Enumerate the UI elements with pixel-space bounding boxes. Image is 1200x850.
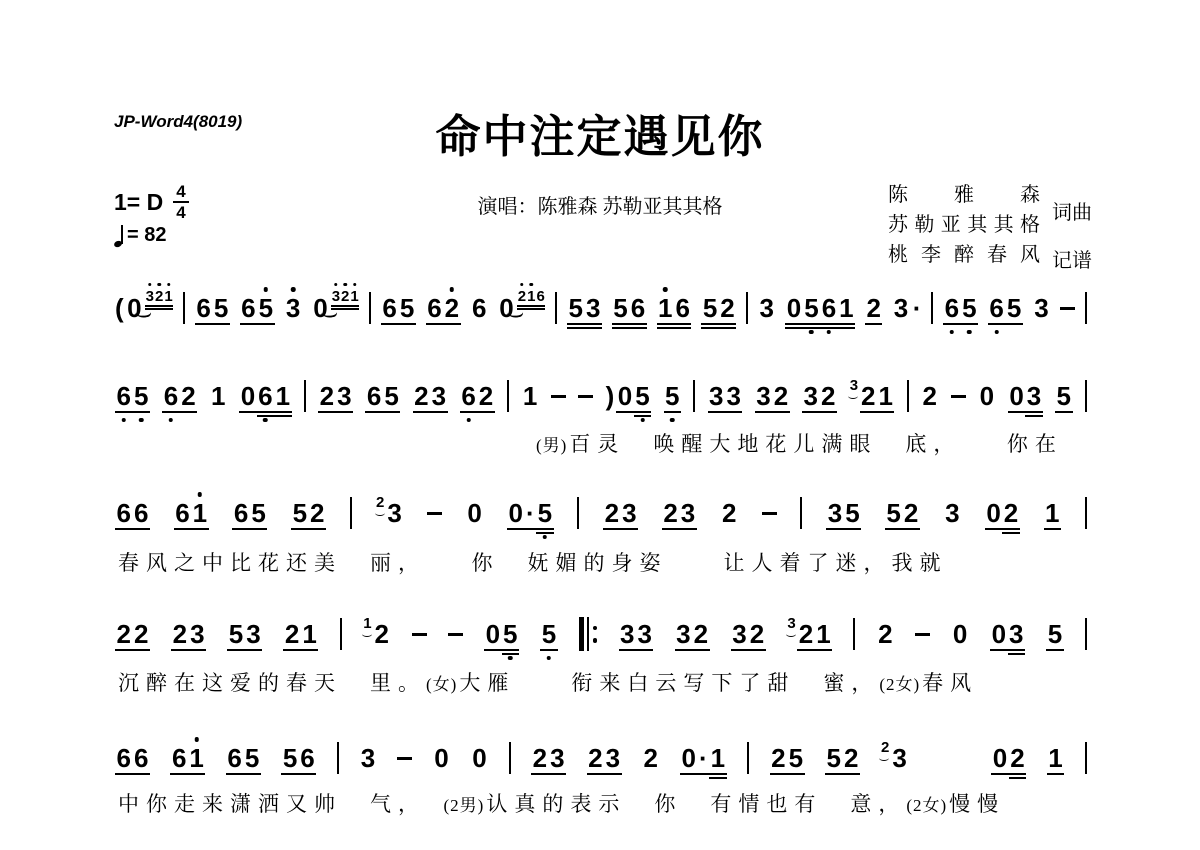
note: 23	[413, 382, 448, 410]
grace-notes: 2	[880, 740, 889, 755]
eighth-beam	[825, 773, 860, 775]
barline	[350, 497, 352, 529]
octave-dot	[157, 283, 161, 287]
octave-dot-high	[264, 287, 269, 292]
note: 0·1	[680, 744, 727, 772]
note: 0561	[785, 294, 855, 322]
note: 65	[226, 744, 261, 772]
note: 1	[521, 382, 538, 410]
note: 0·5	[507, 499, 554, 527]
note: 32	[802, 382, 837, 410]
note: 66	[115, 744, 150, 772]
voice-annotation: (2女)	[906, 796, 947, 815]
octave-dot	[530, 283, 534, 287]
barline	[369, 292, 371, 324]
eighth-beam	[619, 649, 654, 651]
octave-dot-low	[547, 656, 552, 661]
note: 65	[381, 294, 416, 322]
barline	[907, 380, 909, 412]
note: 52	[825, 744, 860, 772]
note: 03	[990, 620, 1025, 648]
barline	[1085, 742, 1087, 774]
sixteenth-beam	[701, 327, 736, 329]
note: 32	[755, 382, 790, 410]
note: )05	[606, 382, 652, 410]
note: 0	[433, 744, 450, 772]
sixteenth-beam	[567, 327, 602, 329]
eighth-beam	[318, 411, 353, 413]
octave-dot-high	[663, 287, 668, 292]
eighth-beam	[664, 411, 681, 413]
duration-dash	[412, 633, 427, 636]
octave-dot	[520, 283, 524, 287]
augmentation-dot: ·	[913, 295, 922, 321]
note: 33	[708, 382, 743, 410]
octave-dot-high	[198, 492, 203, 497]
barline	[747, 742, 749, 774]
eighth-beam	[1055, 411, 1072, 413]
note: 23	[318, 382, 353, 410]
octave-dot-low	[121, 418, 126, 423]
score-sheet: JP-Word4(8019) 命中注定遇见你 1= D 4 4 = 82 演唱：…	[0, 0, 1200, 850]
note: 56	[612, 294, 647, 322]
note: 2	[642, 744, 659, 772]
note: 65	[115, 382, 150, 410]
spacer	[929, 758, 971, 759]
voice-annotation: (男)	[536, 436, 567, 455]
sixteenth-beam	[257, 415, 274, 417]
sixteenth-beam	[709, 777, 726, 779]
eighth-beam	[227, 649, 262, 651]
sixteenth-beam	[634, 415, 651, 417]
eighth-beam	[662, 528, 697, 530]
eighth-beam	[616, 411, 651, 413]
eighth-beam	[115, 528, 150, 530]
note: 3	[284, 294, 301, 322]
barline	[577, 497, 579, 529]
lyric-line-3: 沉醉在这爱的春天 里。(女)大雁 衔来白云写下了甜 蜜，(2女)春风	[118, 667, 1103, 697]
eighth-beam	[162, 411, 197, 413]
octave-dot-low	[827, 330, 832, 335]
duration-dash	[915, 633, 930, 636]
sixteenth-beam	[1025, 415, 1042, 417]
note: 0	[951, 620, 968, 648]
barline	[1085, 618, 1087, 650]
duration-dash	[762, 512, 777, 515]
eighth-beam	[612, 323, 647, 325]
barline	[1085, 380, 1087, 412]
note: 02	[991, 744, 1026, 772]
grace-notes: 2	[376, 495, 385, 510]
eighth-beam	[587, 773, 622, 775]
voice-annotation: (2女)	[879, 675, 920, 694]
duration-dash	[427, 512, 442, 515]
eighth-beam	[484, 649, 519, 651]
eighth-beam	[170, 773, 205, 775]
note: 23	[603, 499, 638, 527]
note: (0321	[115, 294, 173, 322]
note: 0321	[312, 294, 360, 322]
eighth-beam	[281, 773, 316, 775]
lyric-text: 春风	[922, 671, 978, 695]
eighth-beam	[232, 528, 267, 530]
note: 65	[365, 382, 400, 410]
note: 061	[239, 382, 291, 410]
transcriber-name: 桃李醉春风	[888, 240, 1040, 270]
barline	[183, 292, 185, 324]
note: 61	[174, 499, 209, 527]
eighth-beam	[1046, 649, 1063, 651]
slur	[375, 510, 385, 516]
barline	[340, 618, 342, 650]
lyric-text: 认真的表示 你 有情也有 意，	[486, 792, 906, 816]
note: 03	[1008, 382, 1043, 410]
eighth-beam	[226, 773, 261, 775]
note: 02	[985, 499, 1020, 527]
note: 22	[115, 620, 150, 648]
duration-dash	[448, 633, 463, 636]
note: 5	[540, 620, 557, 648]
note: 3	[758, 294, 775, 322]
eighth-beam	[174, 528, 209, 530]
sixteenth-beam	[502, 653, 519, 655]
duration-dash	[1060, 307, 1075, 310]
octave-dot-high	[450, 287, 455, 292]
barline	[853, 618, 855, 650]
song-title: 命中注定遇见你	[0, 100, 1200, 165]
eighth-beam	[826, 528, 861, 530]
note: 56	[281, 744, 316, 772]
repeat-start-barline	[579, 617, 598, 651]
sixteenth-beam	[612, 327, 647, 329]
octave-dot	[334, 283, 338, 287]
octave-dot-low	[169, 418, 174, 423]
barline	[746, 292, 748, 324]
sixteenth-beam	[1009, 777, 1026, 779]
octave-dot	[167, 283, 171, 287]
octave-dot-low	[994, 330, 999, 335]
note: 33	[619, 620, 654, 648]
note: 2	[865, 294, 882, 322]
barline	[304, 380, 306, 412]
quarter-note-icon	[114, 224, 124, 247]
duration-dash	[951, 395, 966, 398]
eighth-beam	[785, 323, 855, 325]
note: 32	[731, 620, 766, 648]
note: 3	[944, 499, 961, 527]
note: 16	[657, 294, 692, 322]
notation-line-3: 666165522300·52323235523021	[115, 497, 1087, 529]
octave-dot-low	[670, 418, 675, 423]
sixteenth-beam	[1008, 653, 1025, 655]
sixteenth-beam	[274, 415, 291, 417]
note: 3	[1033, 294, 1050, 322]
note: 23	[171, 620, 206, 648]
octave-dot-low	[263, 418, 268, 423]
eighth-beam	[239, 411, 291, 413]
eighth-beam	[1044, 528, 1061, 530]
slur	[786, 631, 796, 637]
grace-notes: 321	[331, 289, 359, 304]
voice-annotation: (2男)	[444, 796, 485, 815]
eighth-beam	[701, 323, 736, 325]
grace-notes: 216	[517, 289, 545, 304]
barline	[337, 742, 339, 774]
eighth-beam	[770, 773, 805, 775]
barline	[509, 742, 511, 774]
note: 35	[826, 499, 861, 527]
note: 65	[988, 294, 1023, 322]
lyrics-music-label: 词曲	[1052, 196, 1092, 225]
grace-notes: 3	[787, 616, 796, 631]
note: 0	[978, 382, 995, 410]
eighth-beam	[115, 773, 150, 775]
eighth-beam	[991, 773, 1026, 775]
eighth-beam	[426, 323, 461, 325]
eighth-beam	[731, 649, 766, 651]
barline	[800, 497, 802, 529]
eighth-beam	[540, 649, 557, 651]
eighth-beam	[115, 411, 150, 413]
eighth-beam	[657, 323, 692, 325]
octave-dot-low	[967, 330, 972, 335]
barline	[1085, 292, 1087, 324]
eighth-beam	[195, 323, 230, 325]
note: 61	[170, 744, 205, 772]
sixteenth-beam	[657, 327, 692, 329]
credits-labels: 词曲 记谱	[1052, 180, 1092, 273]
lyric-text: 百灵 唤醒大地花儿满眼 底， 你在	[569, 432, 1063, 456]
note: 52	[291, 499, 326, 527]
octave-dot-high	[291, 287, 296, 292]
octave-dot	[343, 283, 347, 287]
note: 62	[426, 294, 461, 322]
eighth-beam	[567, 323, 602, 325]
barline	[1085, 497, 1087, 529]
credits-block: 陈雅森 苏勒亚其其格 桃李醉春风 词曲 记谱	[888, 180, 1092, 273]
eighth-beam	[283, 649, 318, 651]
octave-dot-low	[809, 330, 814, 335]
notation-line-4: 222353211205533323232120035	[115, 617, 1087, 651]
eighth-beam	[860, 411, 895, 413]
slur	[879, 755, 889, 761]
note: 23	[531, 744, 566, 772]
eighth-beam	[507, 528, 554, 530]
note: 5	[1046, 620, 1063, 648]
note: 23	[376, 499, 404, 527]
eighth-beam	[985, 528, 1020, 530]
grace-notes: 3	[849, 378, 858, 393]
eighth-beam	[802, 411, 837, 413]
note: 1	[1044, 499, 1061, 527]
note: 52	[885, 499, 920, 527]
eighth-beam	[680, 773, 727, 775]
lyric-line-1: (男)百灵 唤醒大地花儿满眼 底， 你在	[118, 428, 1200, 458]
note: 32	[675, 620, 710, 648]
barline	[931, 292, 933, 324]
note: 23	[880, 744, 908, 772]
eighth-beam	[291, 528, 326, 530]
lyric-text: 沉醉在这爱的春天 里。	[118, 671, 426, 695]
octave-dot	[148, 283, 152, 287]
eighth-beam	[797, 649, 832, 651]
lyric-text: 大雁 衔来白云写下了甜 蜜，	[459, 671, 879, 695]
eighth-beam	[708, 411, 743, 413]
note: 23	[662, 499, 697, 527]
barline	[693, 380, 695, 412]
note: 2	[921, 382, 938, 410]
eighth-beam	[990, 649, 1025, 651]
note: 2	[721, 499, 738, 527]
barline	[507, 380, 509, 412]
barline	[555, 292, 557, 324]
octave-dot	[353, 283, 357, 287]
eighth-beam	[1008, 411, 1043, 413]
note: 52	[701, 294, 736, 322]
slur	[848, 393, 858, 399]
octave-dot-low	[466, 418, 471, 423]
note: 321	[787, 620, 832, 648]
octave-dot-low	[508, 656, 513, 661]
eighth-beam	[988, 323, 1023, 325]
note: 62	[162, 382, 197, 410]
lyric-text: 春风之中比花还美 丽， 你 妩媚的身姿 让人着了迷，我就	[118, 551, 948, 575]
eighth-beam	[460, 411, 495, 413]
duration-dash	[397, 757, 412, 760]
note: 65	[195, 294, 230, 322]
note: 1	[1047, 744, 1064, 772]
note: 65	[240, 294, 275, 322]
lyric-text: 中你走来潇洒又帅 气，	[118, 792, 444, 816]
octave-dot-low	[543, 535, 548, 540]
parenthesis: (	[115, 295, 124, 321]
note: 6	[470, 294, 487, 322]
voice-annotation: (女)	[426, 675, 457, 694]
composer-name-2: 苏勒亚其其格	[888, 210, 1040, 240]
eighth-beam	[115, 649, 150, 651]
eighth-beam	[240, 323, 275, 325]
lyric-text: 慢慢	[949, 792, 1005, 816]
octave-dot-high	[194, 737, 199, 742]
eighth-beam	[885, 528, 920, 530]
eighth-beam	[381, 323, 416, 325]
note: 53	[567, 294, 602, 322]
eighth-beam	[531, 773, 566, 775]
tempo-marking: = 82	[114, 224, 166, 247]
note: 0	[471, 744, 488, 772]
note: 25	[770, 744, 805, 772]
note: 0	[466, 499, 483, 527]
note: 62	[460, 382, 495, 410]
grace-notes: 1	[363, 616, 372, 631]
octave-dot-low	[950, 330, 955, 335]
eighth-beam	[755, 411, 790, 413]
note: 2	[877, 620, 894, 648]
eighth-beam	[365, 411, 400, 413]
note: 5	[1055, 382, 1072, 410]
octave-dot-low	[139, 418, 144, 423]
note: 65	[232, 499, 267, 527]
notation-label: 记谱	[1052, 244, 1092, 273]
grace-notes: 321	[145, 289, 173, 304]
octave-dot-low	[640, 418, 645, 423]
notation-line-1: (0321656530321656260216535616523056123·6…	[115, 292, 1087, 324]
eighth-beam	[675, 649, 710, 651]
note: 3	[359, 744, 376, 772]
composer-name-1: 陈雅森	[888, 180, 1040, 210]
lyric-line-2: 春风之中比花还美 丽， 你 妩媚的身姿 让人着了迷，我就	[118, 547, 1103, 577]
parenthesis: )	[606, 383, 615, 409]
note: 3·	[892, 294, 921, 322]
eighth-beam	[865, 323, 882, 325]
sixteenth-beam	[1002, 532, 1019, 534]
sixteenth-beam	[785, 327, 855, 329]
note: 05	[484, 620, 519, 648]
slur	[362, 631, 372, 637]
note: 66	[115, 499, 150, 527]
note: 65	[943, 294, 978, 322]
notation-line-2: 65621061236523621)05533323232120035	[115, 380, 1087, 412]
tempo-value: = 82	[127, 224, 166, 247]
note: 23	[587, 744, 622, 772]
note: 53	[227, 620, 262, 648]
eighth-beam	[943, 323, 978, 325]
duration-dash	[578, 395, 593, 398]
note: 1	[209, 382, 226, 410]
note: 0216	[498, 294, 546, 322]
note: 321	[849, 382, 894, 410]
notation-line-5: 66616556300232320·1255223021	[115, 742, 1087, 774]
eighth-beam	[171, 649, 206, 651]
credits-names: 陈雅森 苏勒亚其其格 桃李醉春风	[888, 180, 1040, 273]
note: 12	[363, 620, 391, 648]
sixteenth-beam	[536, 532, 553, 534]
eighth-beam	[603, 528, 638, 530]
lyric-line-4: 中你走来潇洒又帅 气， (2男)认真的表示 你 有情也有 意，(2女)慢慢	[118, 788, 1103, 818]
eighth-beam	[413, 411, 448, 413]
note: 21	[283, 620, 318, 648]
eighth-beam	[1047, 773, 1064, 775]
duration-dash	[551, 395, 566, 398]
note: 5	[664, 382, 681, 410]
